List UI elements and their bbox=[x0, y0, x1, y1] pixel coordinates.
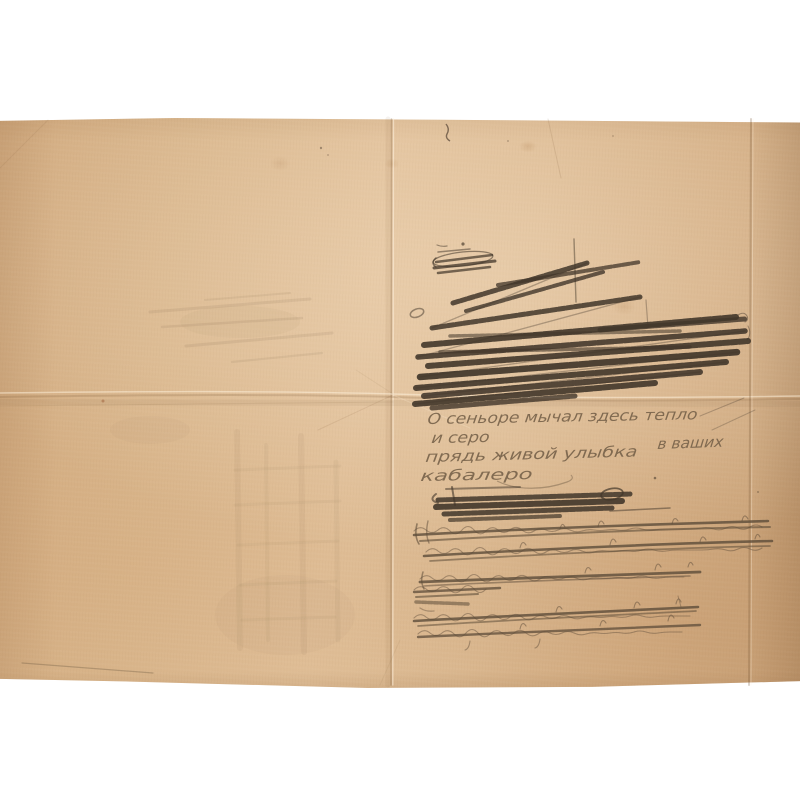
small-scribble bbox=[432, 245, 495, 273]
crossed-line-5 bbox=[414, 596, 698, 626]
crossed-line-3 bbox=[420, 562, 700, 589]
handwriting-line-1: О сеньоре мычал здесь тепло bbox=[427, 405, 699, 428]
handwriting-block: О сеньоре мычал здесь тепло и серо прядь… bbox=[420, 405, 726, 488]
red-fleck bbox=[102, 400, 105, 403]
ink-squiggle-speck bbox=[446, 124, 450, 141]
photo-of-manuscript: О сеньоре мычал здесь тепло и серо прядь… bbox=[0, 0, 800, 800]
ghost-impressions bbox=[22, 293, 355, 673]
pencil-marks-layer: О сеньоре мычал здесь тепло и серо прядь… bbox=[0, 0, 800, 800]
crossed-out-lines bbox=[414, 516, 772, 650]
handwriting-line-2: и серо bbox=[431, 428, 491, 447]
crossed-line-4-short bbox=[414, 586, 500, 612]
vertical-pencil-lines bbox=[574, 239, 648, 328]
crossed-line-6 bbox=[418, 615, 700, 650]
handwriting-line-3-right: в ваших bbox=[657, 433, 726, 453]
mid-scribble bbox=[432, 487, 670, 520]
handwriting-line-4: кабалеро bbox=[420, 465, 534, 485]
scratch-mark bbox=[22, 663, 153, 673]
